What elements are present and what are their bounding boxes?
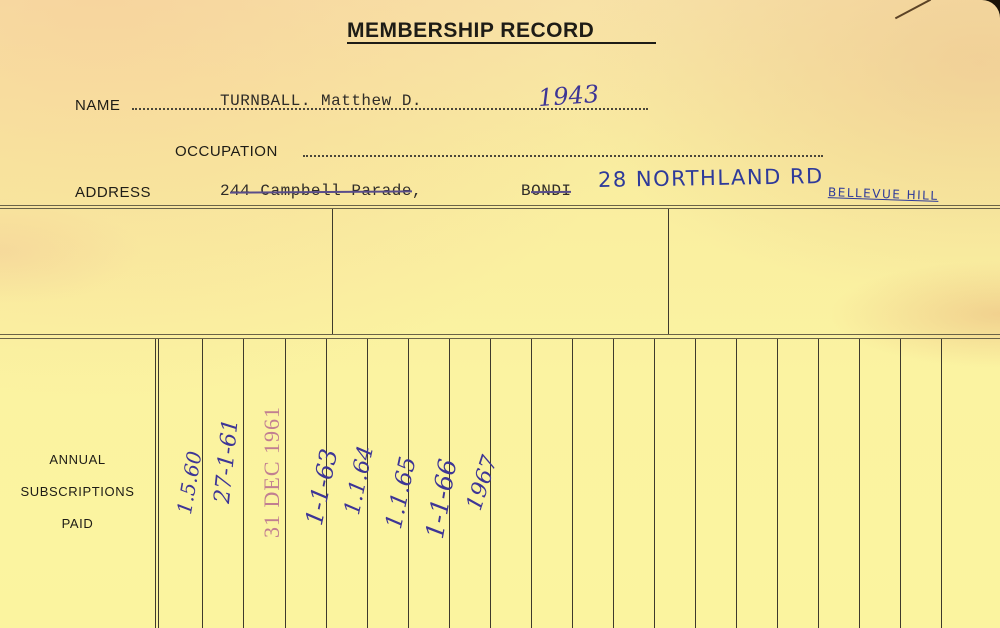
rule-mid-1 (0, 334, 1000, 335)
subs-divider (531, 339, 532, 628)
address-street-struck: 44 Campbell Parade (230, 182, 412, 200)
title-underline (347, 42, 656, 44)
subs-divider (818, 339, 819, 628)
name-label: NAME (75, 97, 120, 114)
address-number-kept: 2 (220, 182, 230, 200)
address-suburb-typed: BONDI (521, 182, 572, 200)
occupation-dotted-line (303, 155, 823, 157)
name-value: TURNBALL. Matthew D. (220, 92, 422, 110)
membership-record-card: MEMBERSHIP RECORD NAME TURNBALL. Matthew… (0, 0, 1000, 628)
address-suburb-kept: B (521, 182, 531, 200)
subscription-entry-3-stamp: 31 DEC 1961 (259, 406, 285, 538)
address-suburb-struck: ONDI (531, 182, 571, 200)
subs-divider (243, 339, 244, 628)
occupation-label: OCCUPATION (175, 143, 278, 160)
subscription-entry-2: 27-1-61 (210, 418, 244, 505)
subscription-entry-6: 1.1.65 (381, 454, 422, 531)
subs-divider (777, 339, 778, 628)
address-handwritten-street: 28 NORTHLAND RD (598, 164, 824, 192)
address-label: ADDRESS (75, 184, 151, 201)
middle-box-1 (0, 209, 332, 334)
middle-box-2 (333, 209, 668, 334)
subs-divider (859, 339, 860, 628)
subs-divider (654, 339, 655, 628)
rule-top-1 (0, 205, 1000, 206)
subscriptions-label-line-3: PAID (0, 516, 155, 531)
name-handwritten-year: 1943 (537, 80, 600, 112)
subs-divider (941, 339, 942, 628)
subscription-entry-4: 1-1-63 (300, 446, 343, 527)
middle-box-3 (669, 209, 1000, 334)
subs-divider (572, 339, 573, 628)
address-separator: , (412, 182, 422, 200)
subs-divider (736, 339, 737, 628)
subscription-entry-7: 1-1-66 (420, 457, 463, 541)
address-typed: 244 Campbell Parade, (220, 182, 422, 200)
address-handwritten-suburb: BELLEVUE HILL (828, 185, 939, 203)
card-title: MEMBERSHIP RECORD (347, 19, 594, 43)
card-scratch-mark (895, 0, 931, 19)
subs-divider (900, 339, 901, 628)
subscriptions-label-line-1: ANNUAL (0, 452, 155, 467)
subs-divider-double-b (158, 339, 159, 628)
subs-divider (202, 339, 203, 628)
subscriptions-label-line-2: SUBSCRIPTIONS (0, 484, 155, 499)
subscription-entry-5: 1.1.64 (340, 444, 379, 518)
subs-divider (695, 339, 696, 628)
subs-divider (613, 339, 614, 628)
subscription-entry-8: 1967 (462, 453, 503, 514)
rule-mid-2 (0, 338, 1000, 339)
subs-divider-double-a (155, 339, 156, 628)
subs-divider (285, 339, 286, 628)
